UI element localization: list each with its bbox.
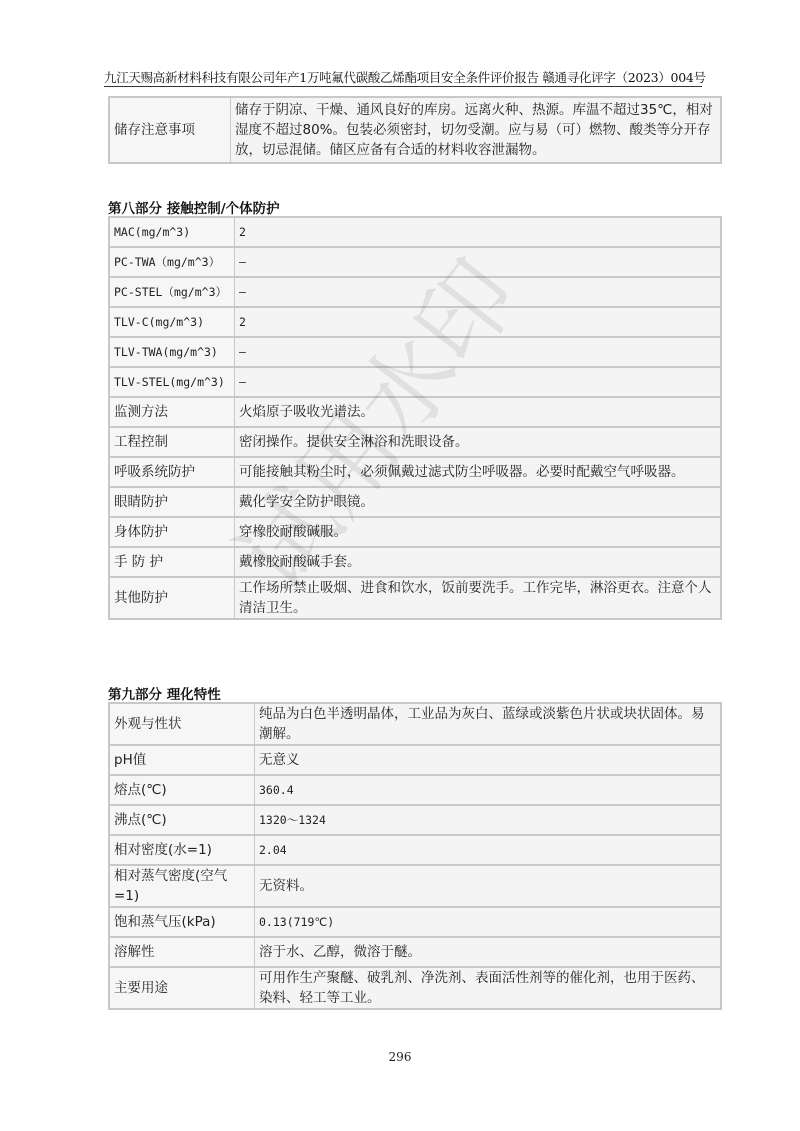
row-value: 无资料。 bbox=[255, 865, 722, 907]
row-label: 身体防护 bbox=[109, 517, 235, 547]
table-row: 工程控制 密闭操作。提供安全淋浴和洗眼设备。 bbox=[109, 427, 721, 457]
table-row: 眼睛防护 戴化学安全防护眼镜。 bbox=[109, 487, 721, 517]
table-row: 呼吸系统防护 可能接触其粉尘时，必须佩戴过滤式防尘呼吸器。必要时配戴空气呼吸器。 bbox=[109, 457, 721, 487]
table-row: 外观与性状 纯品为白色半透明晶体，工业品为灰白、蓝绿或淡紫色片状或块状固体。易潮… bbox=[109, 703, 721, 745]
table-row: TLV-C(mg/m^3) 2 bbox=[109, 307, 721, 337]
row-value: 火焰原子吸收光谱法。 bbox=[235, 397, 722, 427]
row-value: – bbox=[235, 367, 722, 397]
row-value: 2 bbox=[235, 217, 722, 247]
row-label: 手 防 护 bbox=[109, 547, 235, 577]
row-label: PC-TWA（mg/m^3） bbox=[109, 247, 235, 277]
storage-table: 储存注意事项 储存于阴凉、干燥、通风良好的库房。远离火种、热源。库温不超过35℃… bbox=[108, 96, 722, 164]
physical-properties-table: 外观与性状 纯品为白色半透明晶体，工业品为灰白、蓝绿或淡紫色片状或块状固体。易潮… bbox=[108, 702, 722, 1010]
table-row: 相对蒸气密度(空气=1) 无资料。 bbox=[109, 865, 721, 907]
row-label: 溶解性 bbox=[109, 937, 255, 967]
header-divider bbox=[104, 86, 702, 87]
row-label: pH值 bbox=[109, 745, 255, 775]
row-label: TLV-TWA(mg/m^3) bbox=[109, 337, 235, 367]
table-row: 储存注意事项 储存于阴凉、干燥、通风良好的库房。远离火种、热源。库温不超过35℃… bbox=[109, 97, 721, 163]
table-row: 主要用途 可用作生产聚醚、破乳剂、净洗剂、表面活性剂等的催化剂，也用于医药、染料… bbox=[109, 967, 721, 1009]
row-value: 2.04 bbox=[255, 835, 722, 865]
table-row: PC-STEL（mg/m^3） – bbox=[109, 277, 721, 307]
table-row: 身体防护 穿橡胶耐酸碱服。 bbox=[109, 517, 721, 547]
row-label: 眼睛防护 bbox=[109, 487, 235, 517]
row-value: – bbox=[235, 277, 722, 307]
row-label: 相对蒸气密度(空气=1) bbox=[109, 865, 255, 907]
row-value: 工作场所禁止吸烟、进食和饮水，饭前要洗手。工作完毕，淋浴更衣。注意个人清洁卫生。 bbox=[235, 577, 722, 619]
row-value: 2 bbox=[235, 307, 722, 337]
row-label: 呼吸系统防护 bbox=[109, 457, 235, 487]
table-row: 溶解性 溶于水、乙醇，微溶于醚。 bbox=[109, 937, 721, 967]
row-label: TLV-STEL(mg/m^3) bbox=[109, 367, 235, 397]
row-label: 饱和蒸气压(kPa) bbox=[109, 907, 255, 937]
row-label: 主要用途 bbox=[109, 967, 255, 1009]
row-label: 工程控制 bbox=[109, 427, 235, 457]
page-number: 296 bbox=[380, 1050, 420, 1064]
row-value: 1320～1324 bbox=[255, 805, 722, 835]
section-title-physical-properties: 第九部分 理化特性 bbox=[108, 683, 221, 703]
row-value: 可用作生产聚醚、破乳剂、净洗剂、表面活性剂等的催化剂，也用于医药、染料、轻工等工… bbox=[255, 967, 722, 1009]
table-row: TLV-TWA(mg/m^3) – bbox=[109, 337, 721, 367]
table-row: MAC(mg/m^3) 2 bbox=[109, 217, 721, 247]
table-row: 饱和蒸气压(kPa) 0.13(719℃) bbox=[109, 907, 721, 937]
row-value: 无意义 bbox=[255, 745, 722, 775]
row-value: 穿橡胶耐酸碱服。 bbox=[235, 517, 722, 547]
row-value: 溶于水、乙醇，微溶于醚。 bbox=[255, 937, 722, 967]
row-value: 纯品为白色半透明晶体，工业品为灰白、蓝绿或淡紫色片状或块状固体。易潮解。 bbox=[255, 703, 722, 745]
table-row: 监测方法 火焰原子吸收光谱法。 bbox=[109, 397, 721, 427]
table-row: PC-TWA（mg/m^3） – bbox=[109, 247, 721, 277]
row-value: 360.4 bbox=[255, 775, 722, 805]
table-row: 相对密度(水=1) 2.04 bbox=[109, 835, 721, 865]
row-value: 戴化学安全防护眼镜。 bbox=[235, 487, 722, 517]
row-label: 监测方法 bbox=[109, 397, 235, 427]
table-row: 沸点(℃) 1320～1324 bbox=[109, 805, 721, 835]
row-value: – bbox=[235, 337, 722, 367]
row-label: PC-STEL（mg/m^3） bbox=[109, 277, 235, 307]
storage-label: 储存注意事项 bbox=[109, 97, 231, 163]
document-header: 九江天赐高新材料科技有限公司年产1万吨氟代碳酸乙烯酯项目安全条件评价报告 赣通寻… bbox=[104, 68, 702, 88]
row-value: – bbox=[235, 247, 722, 277]
row-label: 沸点(℃) bbox=[109, 805, 255, 835]
section-title-exposure: 第八部分 接触控制/个体防护 bbox=[108, 197, 280, 217]
row-label: TLV-C(mg/m^3) bbox=[109, 307, 235, 337]
table-row: 手 防 护 戴橡胶耐酸碱手套。 bbox=[109, 547, 721, 577]
row-value: 0.13(719℃) bbox=[255, 907, 722, 937]
table-row: pH值 无意义 bbox=[109, 745, 721, 775]
row-label: 其他防护 bbox=[109, 577, 235, 619]
table-row: TLV-STEL(mg/m^3) – bbox=[109, 367, 721, 397]
table-row: 熔点(℃) 360.4 bbox=[109, 775, 721, 805]
row-label: 外观与性状 bbox=[109, 703, 255, 745]
exposure-control-table: MAC(mg/m^3) 2 PC-TWA（mg/m^3） – PC-STEL（m… bbox=[108, 216, 722, 620]
row-label: MAC(mg/m^3) bbox=[109, 217, 235, 247]
row-value: 可能接触其粉尘时，必须佩戴过滤式防尘呼吸器。必要时配戴空气呼吸器。 bbox=[235, 457, 722, 487]
row-value: 戴橡胶耐酸碱手套。 bbox=[235, 547, 722, 577]
table-row: 其他防护 工作场所禁止吸烟、进食和饮水，饭前要洗手。工作完毕，淋浴更衣。注意个人… bbox=[109, 577, 721, 619]
row-label: 相对密度(水=1) bbox=[109, 835, 255, 865]
row-value: 密闭操作。提供安全淋浴和洗眼设备。 bbox=[235, 427, 722, 457]
row-label: 熔点(℃) bbox=[109, 775, 255, 805]
storage-value: 储存于阴凉、干燥、通风良好的库房。远离火种、热源。库温不超过35℃，相对湿度不超… bbox=[231, 97, 722, 163]
